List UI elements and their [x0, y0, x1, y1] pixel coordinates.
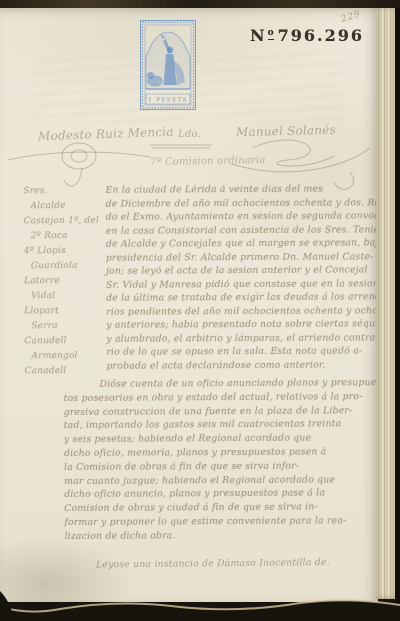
handwritten-line: en la casa Consistorial con asistencia d… — [106, 223, 380, 238]
margin-attendee-name: Castejon 1º, del — [24, 214, 110, 230]
handwritten-line: En la ciudad de Lérida á veinte dias del… — [106, 182, 380, 197]
handwritten-line: de Alcalde y Concejales que al margen se… — [106, 236, 380, 251]
serial-ordinal: o — [268, 28, 274, 40]
margin-attendee-name: Sres. — [23, 184, 109, 200]
bottom-left-shadow — [0, 591, 14, 619]
handwritten-line: y alumbrado, el arbitrio y lámparas, el … — [106, 331, 380, 346]
margin-attendee-name: Guardiola — [31, 259, 110, 275]
margin-attendee-name: Alcalde — [30, 199, 109, 215]
body-paragraph-1: En la ciudad de Lérida á veinte dias del… — [106, 182, 381, 372]
margin-attendee-name: Latorre — [24, 274, 110, 290]
handwritten-line: de la última se trataba de exigir las de… — [106, 290, 380, 305]
right-scan-edge — [395, 0, 400, 621]
margin-attendee-name: Canudell — [24, 334, 110, 350]
top-binding-edge — [0, 0, 400, 8]
margin-attendee-name: Vidal — [31, 289, 110, 305]
handwritten-line: lizacion de dicha obra. — [64, 528, 380, 544]
signature-right: Manuel Solanés — [236, 123, 336, 140]
handwritten-line: tad, importando los gastos seis mil cuat… — [64, 417, 380, 433]
margin-attendee-name: 4º Llopis — [24, 244, 110, 260]
serial-number: No796.296 — [250, 26, 364, 45]
scanned-manuscript-page: 1 PESETA No796.296 229 Modesto Ruiz Menc… — [0, 0, 400, 621]
margin-attendee-name: 2º Roca — [31, 229, 110, 245]
serial-letter: N — [250, 26, 267, 45]
handwritten-line: do el Exmo. Ayuntamiento en sesion de se… — [106, 209, 380, 224]
handwritten-line: formar y proponer lo que estime convenie… — [64, 514, 380, 530]
margin-attendee-list: Sres.AlcaldeCastejon 1º, del2º Roca4º Ll… — [23, 184, 110, 380]
handwritten-line: presidencia del Sr. Alcalde primero Dn. … — [106, 250, 380, 265]
stamp-denomination: 1 PESETA — [148, 98, 188, 104]
handwritten-line: tos posesorios en obra y estado del actu… — [64, 390, 380, 406]
bottom-deckle-edge — [0, 587, 400, 621]
margin-attendee-name: Llopart — [24, 304, 110, 320]
handwritten-line: jon; se leyó el acta de la sesion anteri… — [106, 263, 380, 278]
book-fore-edge — [376, 7, 396, 599]
handwritten-line: de Diciembre del año mil ochocientos och… — [106, 196, 380, 211]
signature-title: Ldo. — [178, 129, 201, 140]
handwritten-line: rios pendientes del año mil ochocientos … — [106, 304, 380, 319]
revenue-stamp: 1 PESETA — [139, 19, 197, 111]
handwritten-line: rio de lo que se opuso en la sala. Esta … — [106, 344, 380, 359]
handwritten-line: y anteriores; habia presentado nota sobr… — [106, 317, 380, 332]
handwritten-line: probada el acta declarándose como anteri… — [106, 358, 380, 373]
margin-attendee-name: Serra — [31, 319, 110, 335]
margin-attendee-name: Armengol — [31, 349, 110, 365]
handwritten-line: mar cuanto juzgue; habiendo el Regional … — [64, 473, 380, 489]
handwritten-line: Sr. Vidal y Manresa pidió que constase q… — [106, 277, 380, 292]
body-paragraph-2: Dióse cuenta de un oficio anunciando pla… — [63, 376, 380, 543]
signature-center-line: 7ª Comision ordinaria — [150, 155, 266, 168]
serial-digits: 796.296 — [278, 26, 364, 45]
